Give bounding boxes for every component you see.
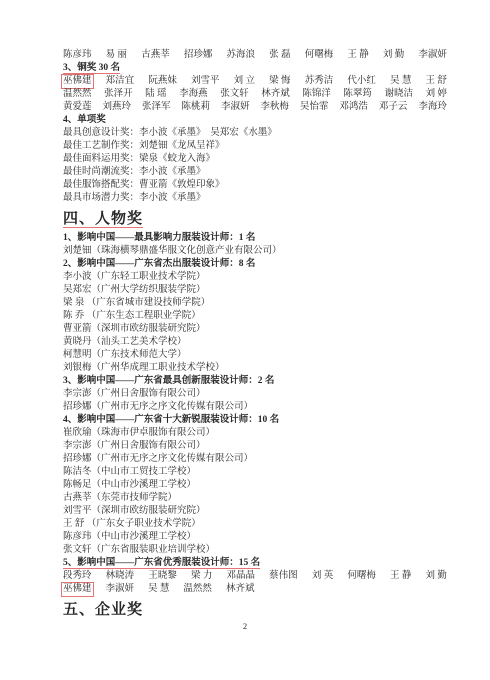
org-line: 刘银梅（广州华成理工职业技术学校）	[63, 362, 447, 375]
person-name: 吴 慧	[390, 75, 411, 88]
subsection-heading-text: 1、影响中国——最具影响力服装设计师：1 名	[63, 233, 255, 243]
person-name: 张泽军	[142, 101, 171, 114]
bronze-name-rows: 巫佛建郑洁宜阮燕妹刘雪平刘 立梁 悔苏秀洁代小红吴 慧王 舒温然然张泽开陆 瑶李…	[63, 75, 447, 114]
person-name: 张泽开	[104, 88, 133, 101]
person-name: 苏海浪	[227, 49, 256, 62]
person-name: 邓晶晶	[227, 570, 256, 583]
person-name: 刘雪平	[191, 75, 220, 88]
org-line: 吴郑宏（广州大学纺织服装学院）	[63, 284, 447, 297]
person-name: 招珍娜	[184, 49, 213, 62]
names-row: 巫佛建李淑妍吴 慧温然然林齐斌	[63, 583, 447, 596]
person-name: 何曙梅	[347, 570, 376, 583]
person-name: 古燕莘	[141, 49, 170, 62]
org-line: 李宗澎（广州日舍服饰有限公司）	[63, 440, 447, 453]
person-name: 陆 瑶	[145, 88, 166, 101]
org-line: 李宗澎（广州日舍服饰有限公司）	[63, 388, 447, 401]
document-body: 陈彦玮易 丽古燕莘招珍娜苏海浪张 磊何曙梅王 静刘 勤李淑妍 3、铜奖 30 名…	[0, 0, 490, 618]
subsection-heading-text: 3、影响中国——广东省最具创新服装设计师：2 名	[63, 376, 274, 386]
org-line: 陈洁冬（中山市工贸技工学校）	[63, 466, 447, 479]
org-line: 梁 泉 （广东省城市建设技师学院）	[63, 297, 447, 310]
person-name: 王 静	[390, 570, 411, 583]
person-name: 巫佛建	[61, 74, 94, 89]
person-name: 张文轩	[220, 88, 249, 101]
single-award-line: 最佳时尚潮流奖：李小波《承墨》	[63, 166, 447, 179]
person-name: 梁 悔	[269, 75, 290, 88]
org-line: 招珍娜（广州市无序之序文化传媒有限公司）	[63, 453, 447, 466]
person-name: 谢晓洁	[385, 88, 414, 101]
document-page: 陈彦玮易 丽古燕莘招珍娜苏海浪张 磊何曙梅王 静刘 勤李淑妍 3、铜奖 30 名…	[0, 0, 490, 680]
person-name: 李海燕	[179, 88, 208, 101]
single-award-line: 最具创意设计奖：李小波《承墨》 吴郑宏《水墨》	[63, 127, 447, 140]
person-name: 陈彦玮	[63, 49, 92, 62]
person-name: 邓鸿浩	[339, 101, 368, 114]
subsection-heading: 3、影响中国——广东省最具创新服装设计师：2 名	[63, 375, 447, 388]
person-name: 刘 英	[312, 570, 333, 583]
subsection-heading: 5、影响中国——广东省优秀服装设计师：15 名	[63, 557, 447, 570]
org-line: 曹亚箭（深圳市欧纺服装研究院）	[63, 323, 447, 336]
person-name: 黄爱莲	[63, 101, 92, 114]
bronze-heading: 3、铜奖 30 名	[63, 62, 447, 75]
person-name: 林齐斌	[261, 88, 290, 101]
person-name: 温然然	[63, 88, 92, 101]
person-name: 张 磊	[269, 49, 290, 62]
person-name: 刘 勤	[426, 570, 447, 583]
person-name: 吴 慧	[148, 583, 169, 596]
person-name: 李淑妍	[221, 101, 250, 114]
person-name: 吴怡霏	[300, 101, 329, 114]
person-awards-subsections: 1、影响中国——最具影响力服装设计师：1 名刘楚钿（珠海横琴鼎盛华服文化创意产业…	[63, 232, 447, 596]
names-row: 段秀玲林晓涛王晓黎梁 力邓晶晶蔡伟图刘 英何曙梅王 静刘 勤	[63, 570, 447, 583]
person-name: 温然然	[183, 583, 212, 596]
person-name: 林齐斌	[226, 583, 255, 596]
silver-names-row: 陈彦玮易 丽古燕莘招珍娜苏海浪张 磊何曙梅王 静刘 勤李淑妍	[63, 49, 447, 62]
subsection-heading: 2、影响中国——广东省杰出服装设计师：8 名	[63, 258, 447, 271]
person-name: 刘 勤	[383, 49, 404, 62]
person-name: 郑洁宜	[106, 75, 135, 88]
subsection-heading-text: 4、影响中国——广东省十大新锐服装设计师：10 名	[63, 415, 279, 425]
org-line: 陈畅足（中山市沙溪理工学校）	[63, 479, 447, 492]
person-name: 代小红	[347, 75, 376, 88]
person-name: 李秋梅	[260, 101, 289, 114]
single-awards-heading: 4、单项奖	[63, 114, 447, 127]
person-name: 王 舒	[426, 75, 447, 88]
single-award-line: 最佳服饰搭配奖：曹亚箭《敦煌印象》	[63, 179, 447, 192]
names-row: 温然然张泽开陆 瑶李海燕张文轩林齐斌陈锦洋陈翠筠谢晓洁刘 婷	[63, 88, 447, 101]
person-name: 刘燕玲	[102, 101, 131, 114]
org-line: 陈 乔 （广东生态工程职业学院）	[63, 310, 447, 323]
single-award-line: 最佳工艺制作奖：刘楚钿《龙凤呈祥》	[63, 140, 447, 153]
org-line: 古燕莘（东莞市技师学院）	[63, 492, 447, 505]
person-name: 李海玲	[418, 101, 447, 114]
person-name: 何曙梅	[305, 49, 334, 62]
single-award-line: 最佳面料运用奖：梁泉《蛟龙入海》	[63, 153, 447, 166]
person-awards-heading-text: 四、人物奖	[63, 211, 143, 228]
org-line: 张文轩（广东省服装职业培训学校）	[63, 544, 447, 557]
org-line: 招珍娜（广州市无序之序文化传媒有限公司）	[63, 401, 447, 414]
page-number: 2	[0, 621, 490, 631]
subsection-heading: 4、影响中国——广东省十大新锐服装设计师：10 名	[63, 414, 447, 427]
org-line: 刘雪平（深圳市欧纺服装研究院）	[63, 505, 447, 518]
person-name: 王 静	[347, 49, 368, 62]
single-award-line: 最具市场潜力奖：李小波《承墨》	[63, 192, 447, 205]
person-awards-heading: 四、人物奖	[63, 211, 447, 227]
org-line: 崔欣瑜（珠海市伊卓服饰有限公司）	[63, 427, 447, 440]
enterprise-awards-heading: 五、企业奖	[63, 602, 447, 618]
single-awards-heading-text: 4、单项奖	[63, 115, 106, 125]
single-award-list: 最具创意设计奖：李小波《承墨》 吴郑宏《水墨》最佳工艺制作奖：刘楚钿《龙凤呈祥》…	[63, 127, 447, 205]
person-name: 陈锦洋	[302, 88, 331, 101]
subsection-heading: 1、影响中国——最具影响力服装设计师：1 名	[63, 232, 447, 245]
subsection-heading-text: 5、影响中国——广东省优秀服装设计师：15 名	[63, 558, 260, 569]
person-name: 王晓黎	[148, 570, 177, 583]
person-name: 陈桃莉	[181, 101, 210, 114]
person-name: 刘 立	[234, 75, 255, 88]
org-line: 李小波（广东轻工职业技术学院）	[63, 271, 447, 284]
person-name: 李淑妍	[106, 583, 135, 596]
person-name: 蔡伟图	[269, 570, 298, 583]
enterprise-awards-heading-text: 五、企业奖	[63, 602, 143, 618]
subsection-heading-text: 2、影响中国——广东省杰出服装设计师：8 名	[63, 259, 255, 269]
person-name: 林晓涛	[106, 570, 135, 583]
org-line: 陈彦玮（中山市沙溪理工学校）	[63, 531, 447, 544]
person-name: 苏秀洁	[305, 75, 334, 88]
bronze-heading-text: 3、铜奖 30 名	[63, 63, 120, 74]
org-line: 王 舒 （广东女子职业技术学院）	[63, 518, 447, 531]
org-line: 黄晓丹（汕头工艺美术学校）	[63, 336, 447, 349]
person-name: 刘 婷	[426, 88, 447, 101]
person-name: 邓子云	[379, 101, 408, 114]
names-row: 巫佛建郑洁宜阮燕妹刘雪平刘 立梁 悔苏秀洁代小红吴 慧王 舒	[63, 75, 447, 88]
person-name: 李淑妍	[418, 49, 447, 62]
person-name: 陈翠筠	[343, 88, 372, 101]
person-name: 易 丽	[106, 49, 127, 62]
person-name: 梁 力	[191, 570, 212, 583]
person-name: 巫佛建	[61, 582, 94, 597]
org-line: 刘楚钿（珠海横琴鼎盛华服文化创意产业有限公司）	[63, 245, 447, 258]
org-line: 柯慧明（广东技术师范大学）	[63, 349, 447, 362]
names-row: 黄爱莲刘燕玲张泽军陈桃莉李淑妍李秋梅吴怡霏邓鸿浩邓子云李海玲	[63, 101, 447, 114]
person-name: 阮燕妹	[148, 75, 177, 88]
